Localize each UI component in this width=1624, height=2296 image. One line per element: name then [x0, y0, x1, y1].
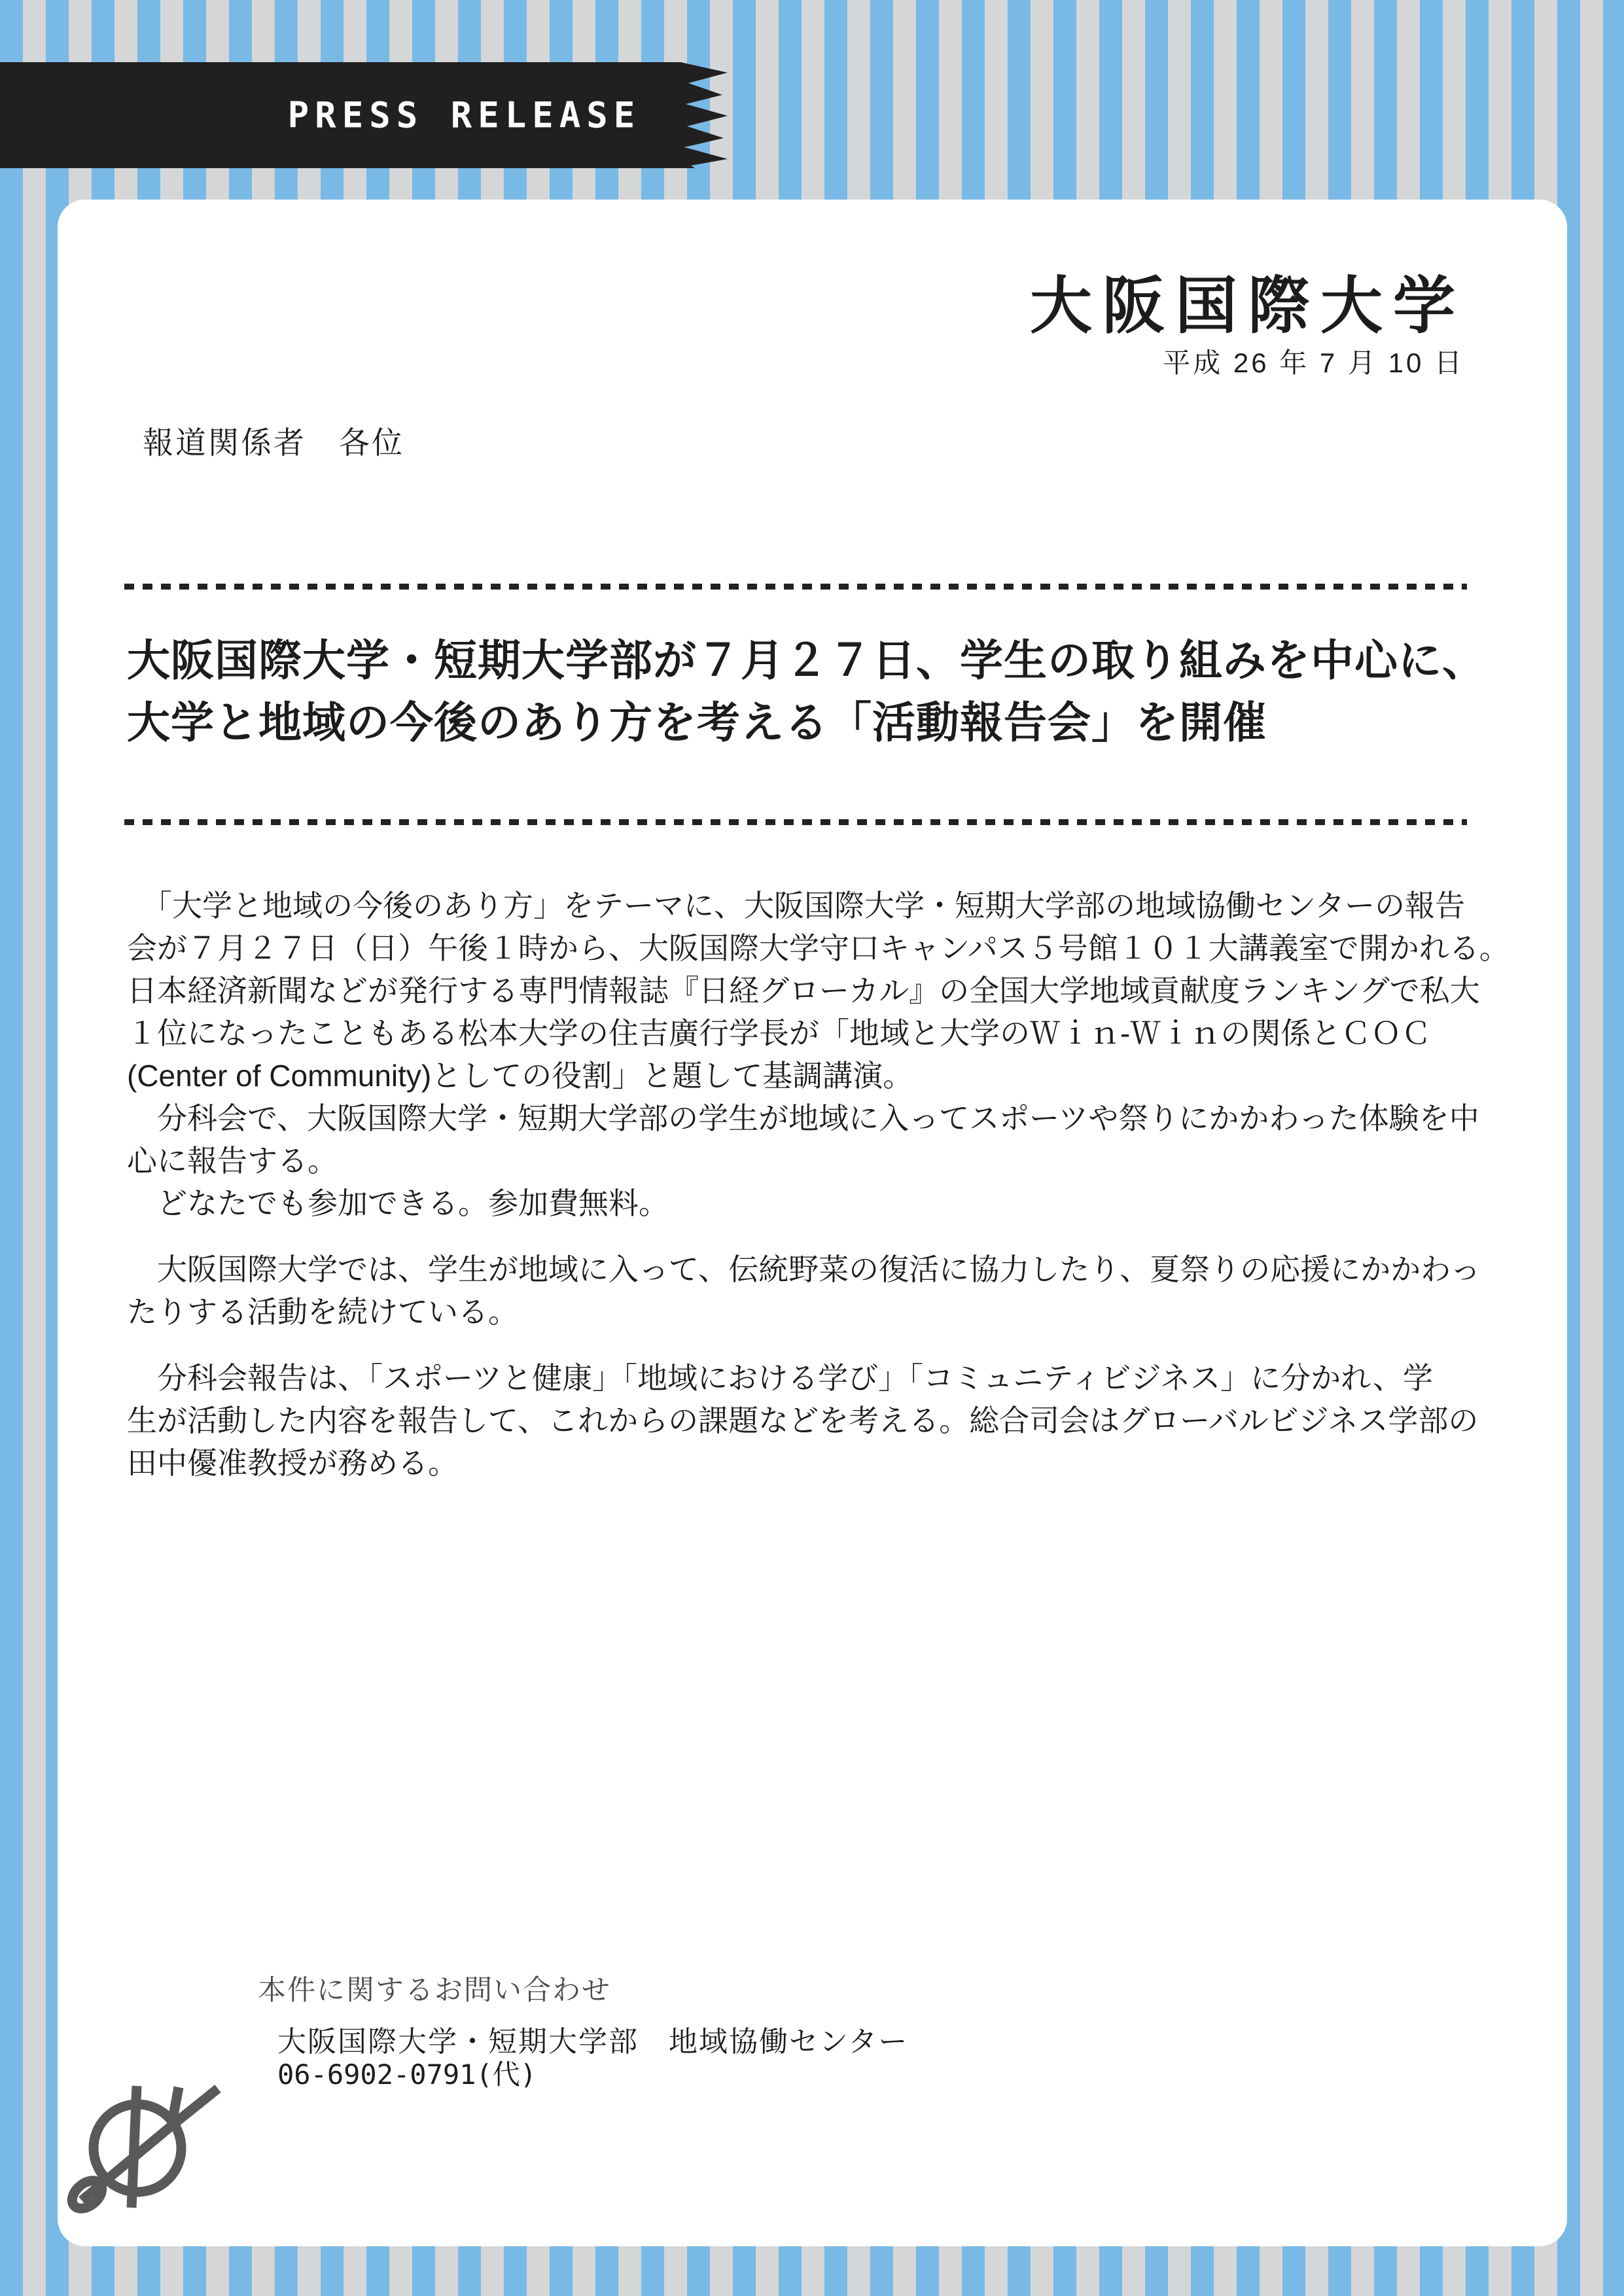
press-release-banner: PRESS RELEASE [0, 62, 728, 168]
body-line: 「大学と地域の今後のあり方」をテーマに、大阪国際大学・短期大学部の地域協働センタ… [127, 885, 1514, 927]
body-line: １位になったこともある松本大学の住吉廣行学長が「地域と大学のＷｉｎ-Ｗｉｎの関係… [127, 1012, 1514, 1055]
paragraph: 「大学と地域の今後のあり方」をテーマに、大阪国際大学・短期大学部の地域協働センタ… [127, 885, 1514, 1225]
press-release-page: { "banner": { "label": "PRESS RELEASE" }… [0, 0, 1624, 2296]
contact-name: 大阪国際大学・短期大学部 地域協働センター [277, 2026, 908, 2058]
body-text: 「大学と地域の今後のあり方」をテーマに、大阪国際大学・短期大学部の地域協働センタ… [127, 885, 1514, 1485]
body-line: 心に報告する。 [127, 1140, 1514, 1182]
contact-block: 大阪国際大学・短期大学部 地域協働センター 06-6902-0791(代) [277, 2026, 908, 2091]
body-line: 田中優准教授が務める。 [127, 1442, 1514, 1485]
dashed-divider-bottom [124, 819, 1467, 825]
headline-line-2: 大学と地域の今後のあり方を考える「活動報告会」を開催 [127, 692, 1514, 754]
paragraph: 大阪国際大学では、学生が地域に入って、伝統野菜の復活に協力したり、夏祭りの応援に… [127, 1248, 1514, 1333]
headline-line-1: 大阪国際大学・短期大学部が７月２７日、学生の取り組みを中心に、 [127, 629, 1514, 692]
press-release-label: PRESS RELEASE [276, 95, 652, 136]
body-line: 日本経済新聞などが発行する専門情報誌『日経グローカル』の全国大学地域貢献度ランキ… [127, 970, 1514, 1012]
body-line: (Center of Community)としての役割」と題して基調講演。 [127, 1055, 1514, 1097]
document-date: 平成 26 年 7 月 10 日 [1163, 342, 1464, 381]
university-emblem-icon [62, 2079, 232, 2217]
headline: 大阪国際大学・短期大学部が７月２７日、学生の取り組みを中心に、 大学と地域の今後… [127, 629, 1514, 754]
contact-phone: 06-6902-0791(代) [277, 2058, 908, 2091]
body-line: 大阪国際大学では、学生が地域に入って、伝統野菜の復活に協力したり、夏祭りの応援に… [127, 1248, 1514, 1291]
university-name: 大阪国際大学 [1030, 256, 1466, 345]
body-line: どなたでも参加できる。参加費無料。 [127, 1182, 1514, 1225]
body-line: 分科会報告は、「スポーツと健康」「地域における学び」「コミュニティビジネス」に分… [127, 1357, 1514, 1400]
inquiry-label: 本件に関するお問い合わせ [258, 1968, 611, 2008]
body-line: たりする活動を続けている。 [127, 1291, 1514, 1333]
body-line: 会が７月２７日（日）午後１時から、大阪国際大学守口キャンパス５号館１０１大講義室… [127, 927, 1514, 970]
paragraph: 分科会報告は、「スポーツと健康」「地域における学び」「コミュニティビジネス」に分… [127, 1357, 1514, 1485]
body-line: 分科会で、大阪国際大学・短期大学部の学生が地域に入ってスポーツや祭りにかかわった… [127, 1097, 1514, 1140]
dashed-divider-top [124, 584, 1467, 590]
body-line: 生が活動した内容を報告して、これからの課題などを考える。総合司会はグローバルビジ… [127, 1400, 1514, 1442]
recipient-line: 報道関係者 各位 [143, 419, 404, 463]
